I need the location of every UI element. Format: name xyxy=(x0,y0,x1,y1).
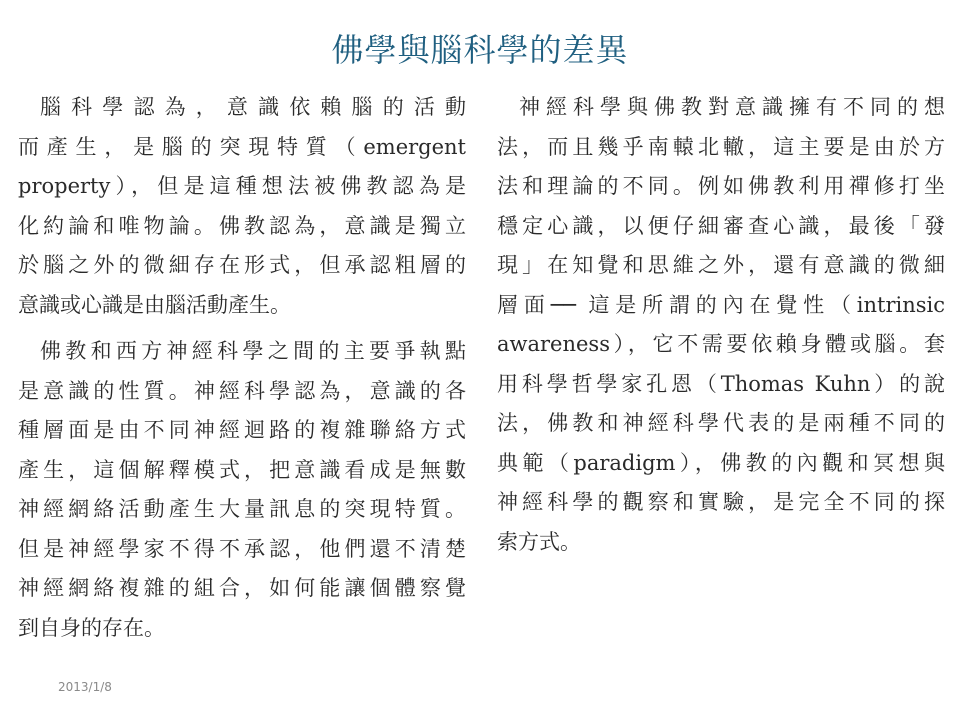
text-line: 法，佛教和神經科學代表的是兩種不同的 xyxy=(497,404,945,444)
slide-date: 2013/1/8 xyxy=(58,680,112,694)
text-line: 佛教和西方神經科學之間的主要爭執點 xyxy=(18,332,466,372)
text-line: 現」在知覺和思維之外，還有意識的微細 xyxy=(497,246,945,286)
text-line: 神經網絡活動產生大量訊息的突現特質。 xyxy=(18,490,466,530)
text-line: 但是神經學家不得不承認，他們還不清楚 xyxy=(18,530,466,570)
text-line: 於腦之外的微細存在形式，但承認粗層的 xyxy=(18,246,466,286)
slide-title: 佛學與腦科學的差異 xyxy=(0,26,960,74)
text-line: 索方式。 xyxy=(497,523,945,563)
paragraph-different-methods: 神經科學與佛教對意識擁有不同的想 法，而且幾乎南轅北轍，這主要是由於方 法和理論… xyxy=(497,88,945,562)
text-line: 法，而且幾乎南轅北轍，這主要是由於方 xyxy=(497,128,945,168)
text-line: 神經科學與佛教對意識擁有不同的想 xyxy=(497,88,945,128)
paragraph-main-dispute: 佛教和西方神經科學之間的主要爭執點 是意識的性質。神經科學認為，意識的各 種層面… xyxy=(18,332,466,648)
text-line: 產生，這個解釋模式，把意識看成是無數 xyxy=(18,451,466,491)
text-line: 化約論和唯物論。佛教認為，意識是獨立 xyxy=(18,207,466,247)
left-text-column: 腦科學認為，意識依賴腦的活動 而產生，是腦的突現特質（emergent prop… xyxy=(18,88,466,648)
text-line: 腦科學認為，意識依賴腦的活動 xyxy=(18,88,466,128)
text-line: 意識或心識是由腦活動產生。 xyxy=(18,286,466,326)
text-line: 而產生，是腦的突現特質（emergent xyxy=(18,128,466,168)
text-line: 是意識的性質。神經科學認為，意識的各 xyxy=(18,372,466,412)
text-line: 用科學哲學家孔恩（Thomas Kuhn）的說 xyxy=(497,365,945,405)
paragraph-gap xyxy=(18,325,466,332)
text-line: 穩定心識，以便仔細審查心識，最後「發 xyxy=(497,207,945,247)
text-line: 到自身的存在。 xyxy=(18,609,466,649)
text-line: 法和理論的不同。例如佛教利用禪修打坐 xyxy=(497,167,945,207)
text-line: property），但是這種想法被佛教認為是 xyxy=(18,167,466,207)
paragraph-brain-science-view: 腦科學認為，意識依賴腦的活動 而產生，是腦的突現特質（emergent prop… xyxy=(18,88,466,325)
text-line: 層面── 這是所謂的內在覺性（intrinsic xyxy=(497,286,945,326)
text-line: 神經網絡複雜的組合，如何能讓個體察覺 xyxy=(18,569,466,609)
right-text-column: 神經科學與佛教對意識擁有不同的想 法，而且幾乎南轅北轍，這主要是由於方 法和理論… xyxy=(497,88,945,562)
text-line: 典範（paradigm），佛教的內觀和冥想與 xyxy=(497,444,945,484)
text-line: awareness），它不需要依賴身體或腦。套 xyxy=(497,325,945,365)
text-line: 神經科學的觀察和實驗，是完全不同的探 xyxy=(497,483,945,523)
text-line: 種層面是由不同神經迴路的複雜聯絡方式 xyxy=(18,411,466,451)
